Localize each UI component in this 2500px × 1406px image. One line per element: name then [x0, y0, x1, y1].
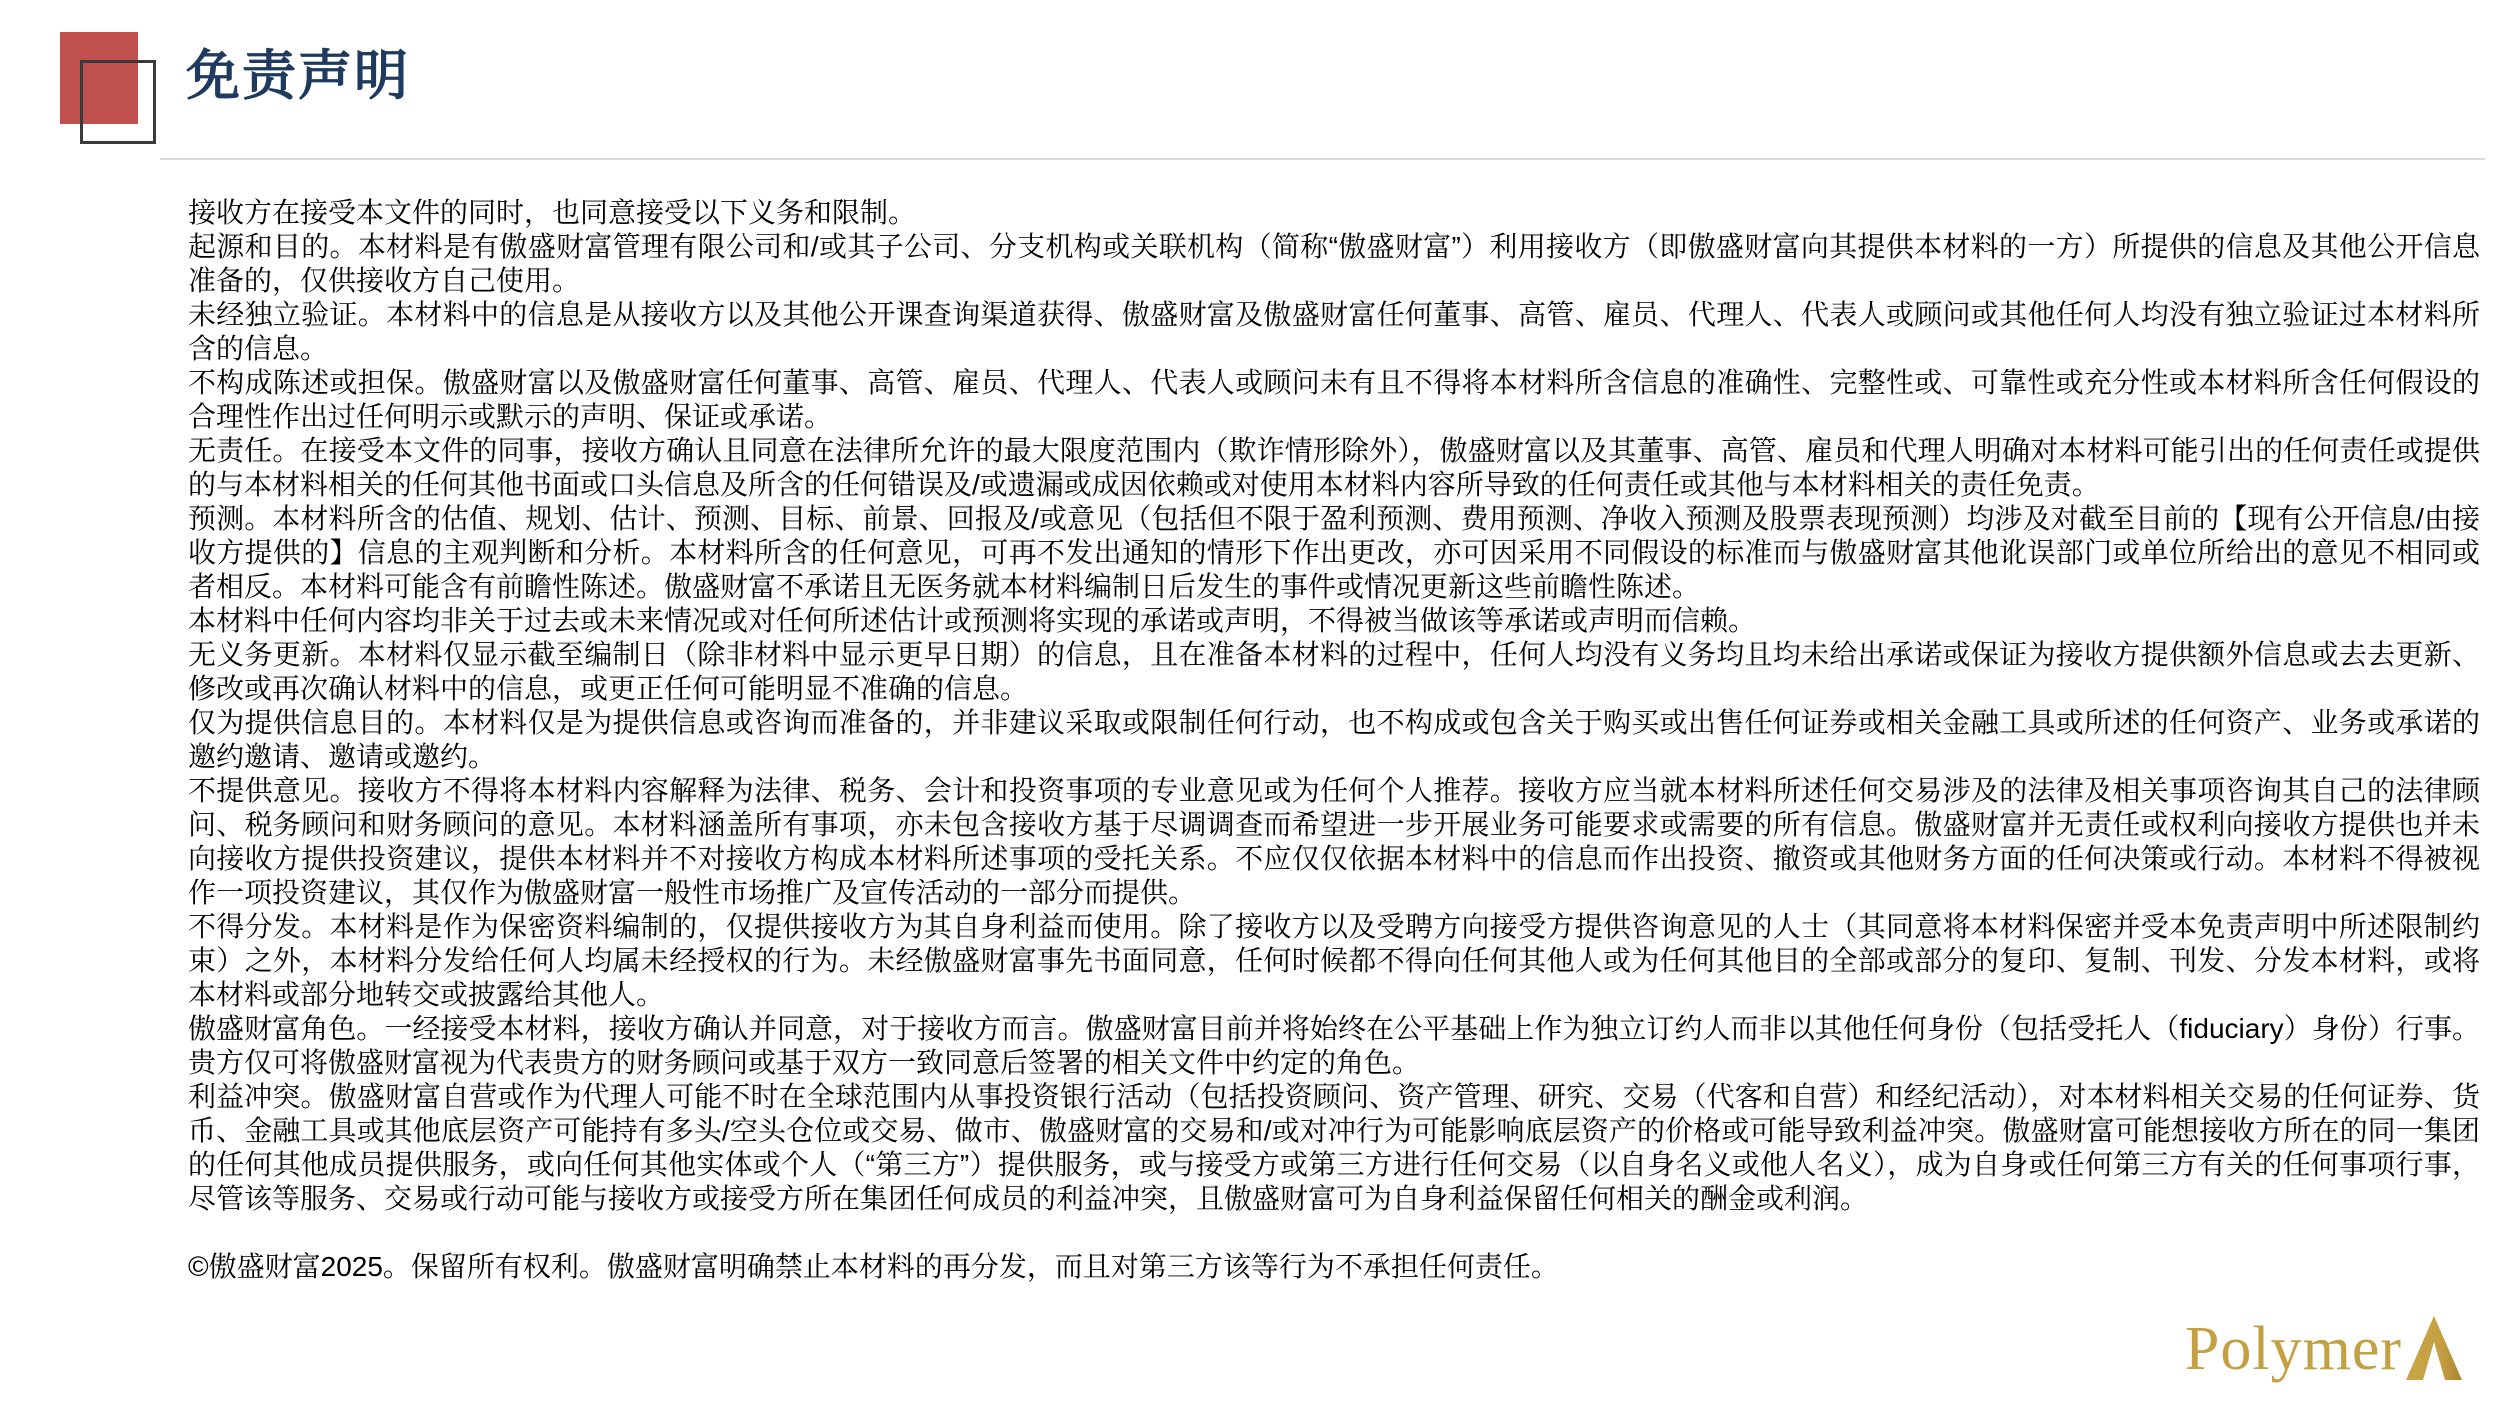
disclaimer-paragraph: 不提供意见。接收方不得将本材料内容解释为法律、税务、会计和投资事项的专业意见或为…: [188, 774, 2480, 910]
disclaimer-paragraph: 仅为提供信息目的。本材料仅是为提供信息或咨询而准备的，并非建议采取或限制任何行动…: [188, 706, 2480, 774]
page-title: 免责声明: [186, 44, 410, 109]
disclaimer-paragraph: 本材料中任何内容均非关于过去或未来情况或对任何所述估计或预测将实现的承诺或声明，…: [188, 604, 2480, 638]
disclaimer-paragraph: 无责任。在接受本文件的同事，接收方确认且同意在法律所允许的最大限度范围内（欺诈情…: [188, 434, 2480, 502]
disclaimer-paragraph: 预测。本材料所含的估值、规划、估计、预测、目标、前景、回报及/或意见（包括但不限…: [188, 502, 2480, 604]
disclaimer-paragraph: 起源和目的。本材料是有傲盛财富管理有限公司和/或其子公司、分支机构或关联机构（简…: [188, 230, 2480, 298]
disclaimer-body: 接收方在接受本文件的同时，也同意接受以下义务和限制。 起源和目的。本材料是有傲盛…: [188, 196, 2480, 1284]
copyright-text: ©傲盛财富2025。保留所有权利。傲盛财富明确禁止本材料的再分发，而且对第三方该…: [188, 1250, 2480, 1284]
disclaimer-paragraph: 不构成陈述或担保。傲盛财富以及傲盛财富任何董事、高管、雇员、代理人、代表人或顾问…: [188, 366, 2480, 434]
polymer-lambda-icon: [2406, 1316, 2462, 1380]
title-divider: [160, 158, 2485, 160]
polymer-logo-text: Polymer: [2185, 1318, 2402, 1380]
disclaimer-slide: 免责声明 接收方在接受本文件的同时，也同意接受以下义务和限制。 起源和目的。本材…: [0, 0, 2500, 1406]
disclaimer-paragraph: 利益冲突。傲盛财富自营或作为代理人可能不时在全球范围内从事投资银行活动（包括投资…: [188, 1080, 2480, 1216]
outline-square-decoration: [80, 60, 156, 144]
disclaimer-paragraph: 接收方在接受本文件的同时，也同意接受以下义务和限制。: [188, 196, 2480, 230]
disclaimer-paragraph: 不得分发。本材料是作为保密资料编制的，仅提供接收方为其自身利益而使用。除了接收方…: [188, 910, 2480, 1012]
header-square-motif: [60, 32, 160, 144]
disclaimer-paragraph: 未经独立验证。本材料中的信息是从接收方以及其他公开课查询渠道获得、傲盛财富及傲盛…: [188, 298, 2480, 366]
disclaimer-paragraph: 傲盛财富角色。一经接受本材料，接收方确认并同意，对于接收方而言。傲盛财富目前并将…: [188, 1012, 2480, 1080]
polymer-logo: Polymer: [2185, 1316, 2462, 1380]
disclaimer-paragraph: 无义务更新。本材料仅显示截至编制日（除非材料中显示更早日期）的信息，且在准备本材…: [188, 638, 2480, 706]
